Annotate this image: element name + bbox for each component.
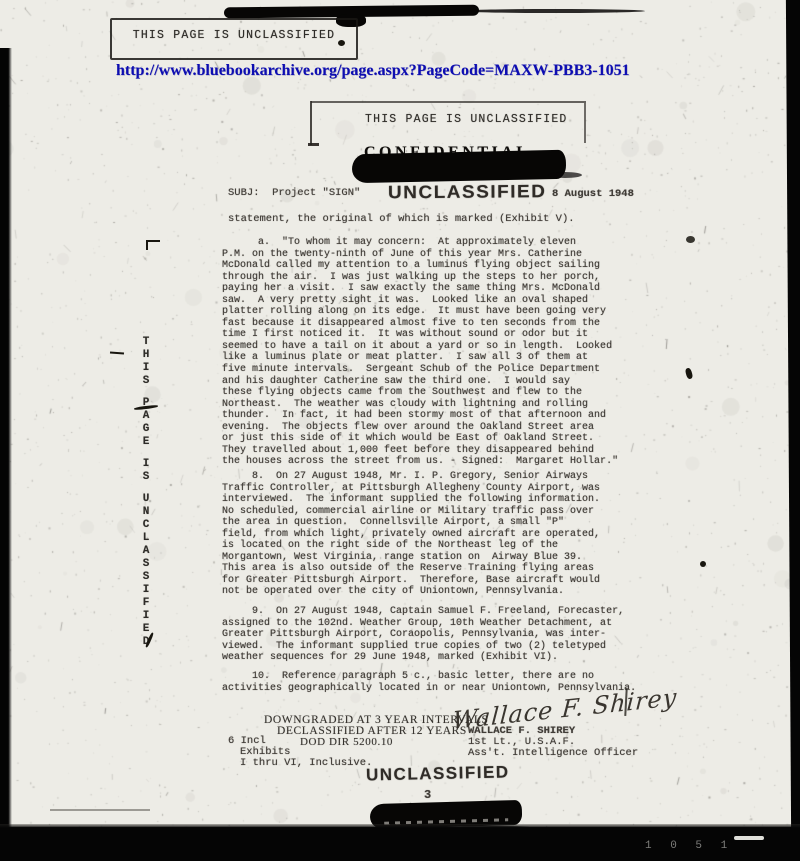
paragraph-a: a. "To whom it may concern: At approxima… xyxy=(222,237,618,468)
unclassified-stamp-footer: UNCLASSIFIED xyxy=(366,762,510,785)
subject-line: SUBJ: Project "SIGN" xyxy=(228,188,360,200)
scanned-document-page: THIS PAGE IS UNCLASSIFIED http://www.blu… xyxy=(0,0,800,861)
fold-line xyxy=(50,809,150,811)
film-edge-left xyxy=(0,48,12,861)
margin-mark xyxy=(146,240,160,242)
film-edge-bottom: 1 0 5 1 xyxy=(0,827,800,861)
film-scratch xyxy=(734,836,764,840)
vertical-unclassified-stamp: THISPAGEISUNCLASSIFIED xyxy=(138,336,154,649)
margin-mark xyxy=(146,240,148,250)
ink-smear xyxy=(460,9,645,13)
signature-title: Ass't. Intelligence Officer xyxy=(468,748,638,760)
bluebook-url-link[interactable]: http://www.bluebookarchive.org/page.aspx… xyxy=(116,62,630,80)
bracket-line-top xyxy=(311,101,586,103)
intro-line: statement, the original of which is mark… xyxy=(228,214,575,226)
center-unclassified-text: THIS PAGE IS UNCLASSIFIED xyxy=(365,114,568,126)
paragraph-10: 10. Reference paragraph 5 c., basic lett… xyxy=(222,671,636,694)
redaction-bar xyxy=(352,150,567,183)
stamp-box-text: THIS PAGE IS UNCLASSIFIED xyxy=(112,30,356,42)
unclassified-stamp-box: THIS PAGE IS UNCLASSIFIED xyxy=(110,18,358,60)
unclassified-stamp-header: UNCLASSIFIED xyxy=(388,182,547,204)
page-number: 3 xyxy=(424,790,431,802)
paragraph-9: 9. On 27 August 1948, Captain Samuel F. … xyxy=(222,606,624,664)
margin-mark xyxy=(686,236,695,243)
film-edge-fade xyxy=(0,824,800,828)
bracket-foot xyxy=(308,143,319,146)
bracket-line-right xyxy=(584,103,586,143)
ink-speck xyxy=(338,40,345,46)
paragraph-8: 8. On 27 August 1948, Mr. I. P. Gregory,… xyxy=(222,471,600,598)
bracket-line-left xyxy=(310,101,312,145)
dod-directive: DOD DIR 5200.10 xyxy=(300,736,393,748)
ink-smear xyxy=(548,172,582,178)
film-frame-number: 1 0 5 1 xyxy=(645,840,733,852)
document-date: 8 August 1948 xyxy=(552,189,634,201)
enclosure-range: I thru VI, Inclusive. xyxy=(240,758,372,770)
margin-mark xyxy=(700,561,706,567)
